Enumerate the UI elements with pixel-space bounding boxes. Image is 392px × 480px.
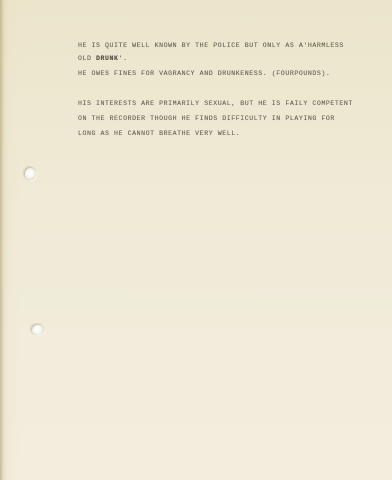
paragraph-1-line-3: HE OWES FINES FOR VAGRANCY AND DRUNKENES… — [78, 71, 330, 78]
line-2-suffix: '. — [119, 55, 128, 62]
paragraph-2-line-3: LONG AS HE CANNOT BREATHE VERY WELL. — [78, 131, 240, 138]
page-edge-shadow — [0, 0, 4, 480]
paragraph-1-line-2: OLD DRUNK'. — [78, 56, 128, 63]
paragraph-1-line-1: HE IS QUITE WELL KNOWN BY THE POLICE BUT… — [78, 43, 344, 50]
overtyped-word: DRUNK — [96, 55, 119, 62]
paragraph-2-line-2: ON THE RECORDER THOUGH HE FINDS DIFFICUL… — [78, 116, 335, 123]
line-2-prefix: OLD — [78, 55, 96, 62]
document-page: HE IS QUITE WELL KNOWN BY THE POLICE BUT… — [0, 0, 392, 480]
paragraph-2-line-1: HIS INTERESTS ARE PRIMARILY SEXUAL, BUT … — [78, 101, 353, 108]
punch-hole-icon — [25, 168, 36, 180]
punch-hole-icon — [32, 325, 44, 335]
